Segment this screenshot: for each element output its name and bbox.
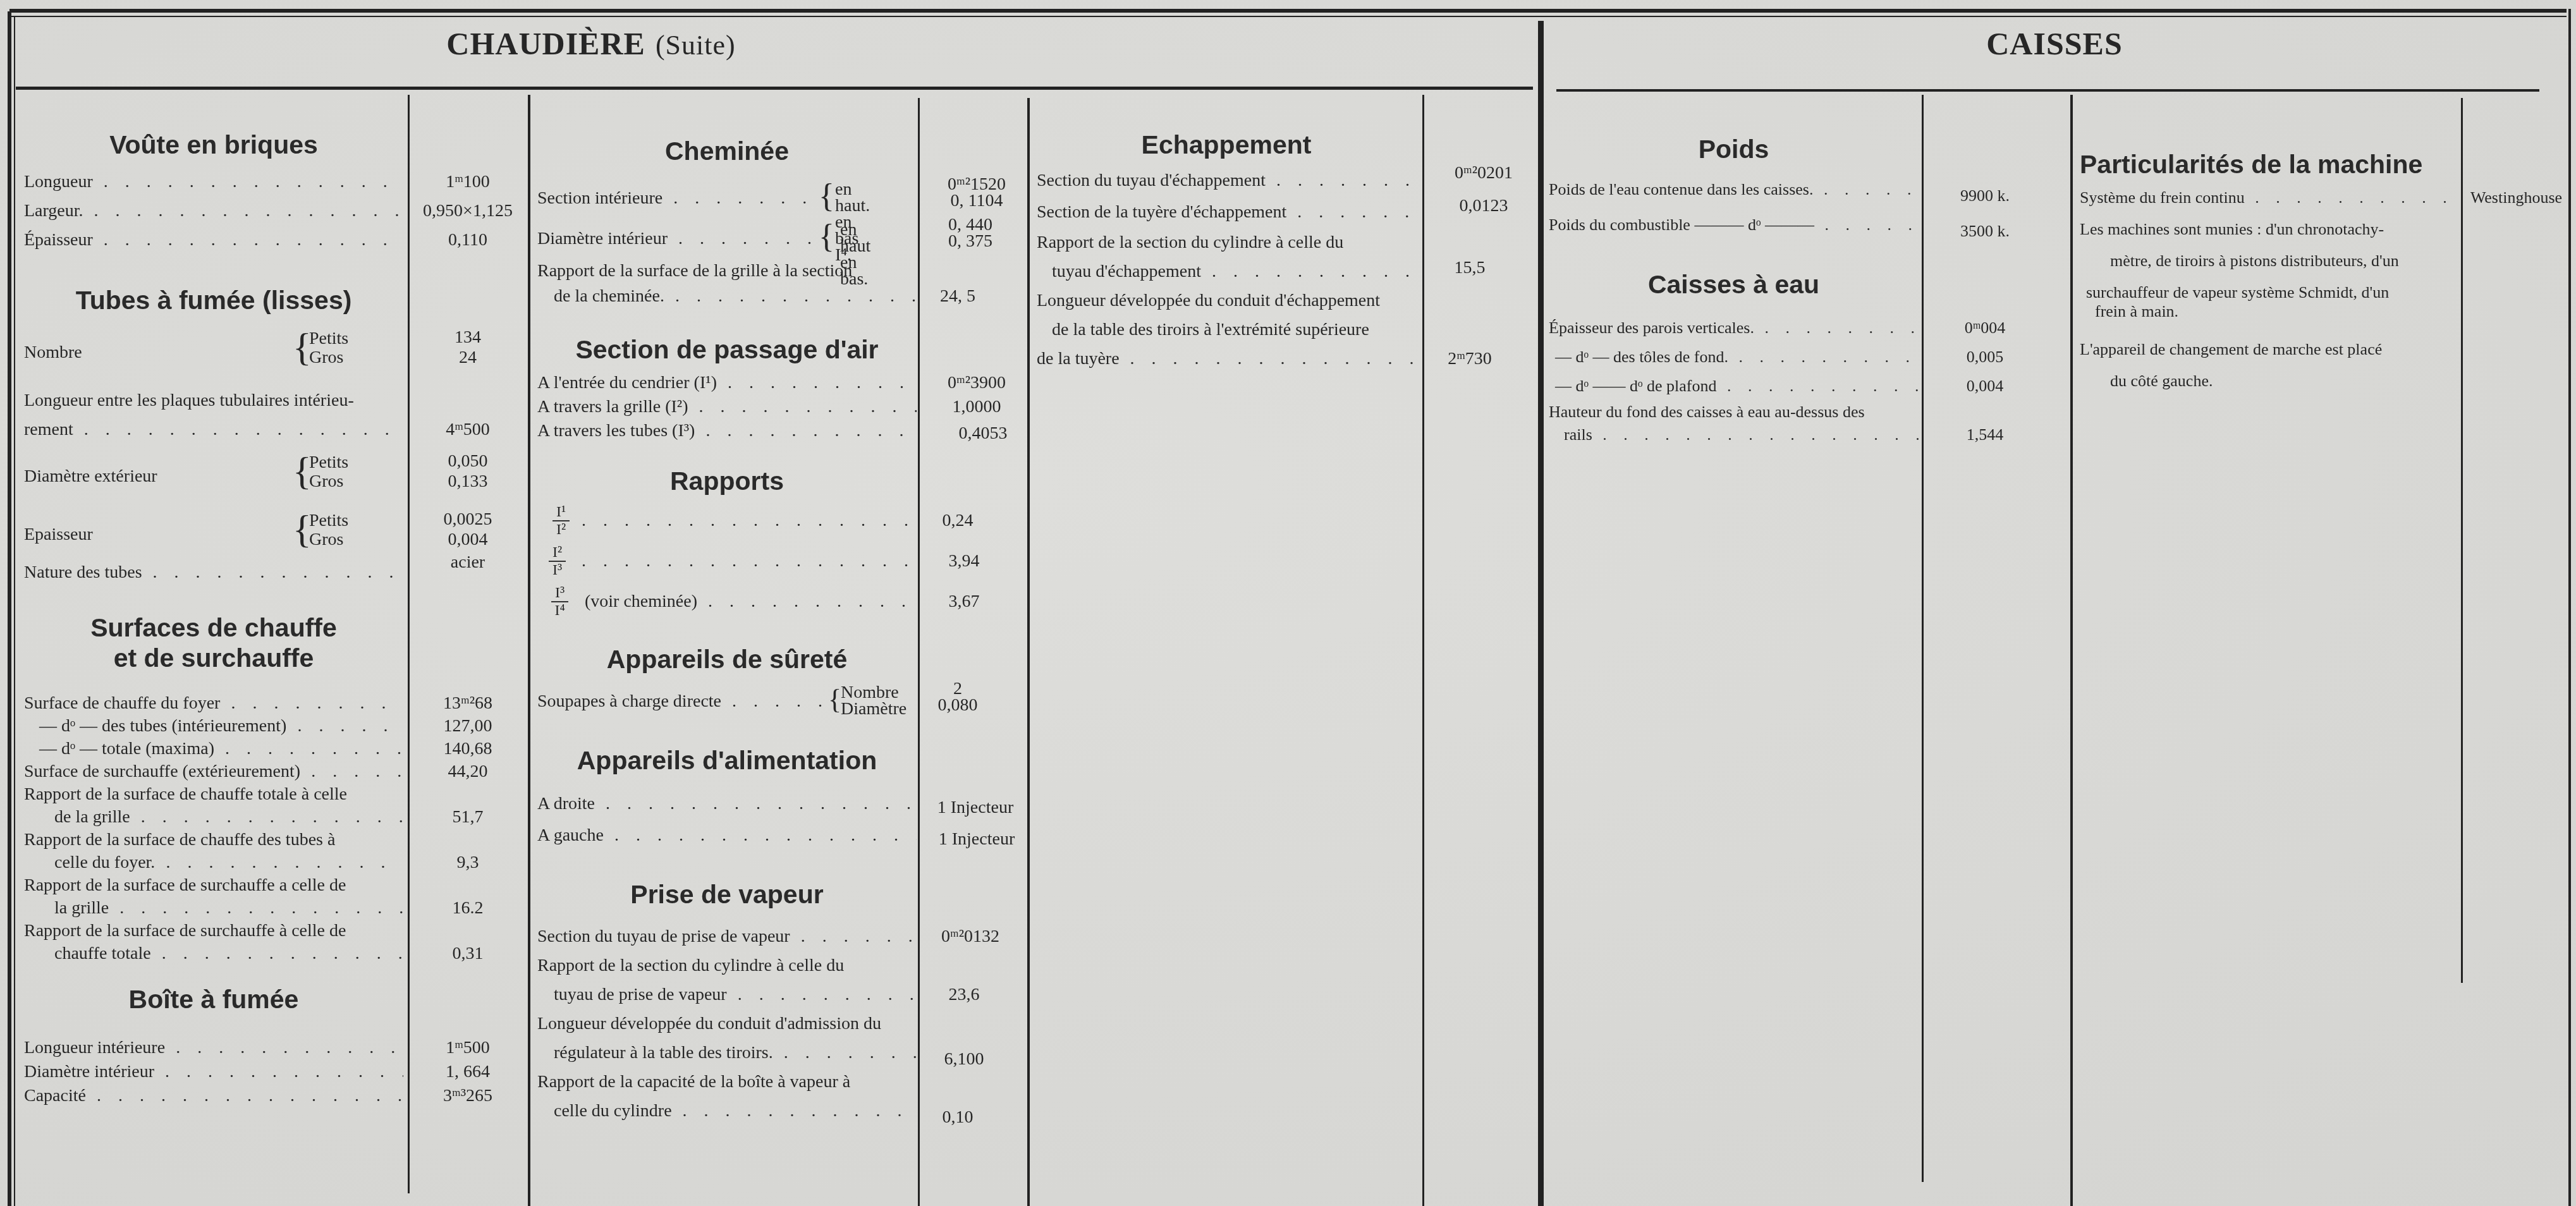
rapport-fraction-row: I³I⁴ (voir cheminée) 3,67 (537, 585, 917, 625)
col4-value-rule (1922, 95, 1924, 1182)
frein-row: Système du frein continuWestinghouse (2080, 182, 2459, 214)
passage-air-row: A l'entrée du cendrier (I¹)0ᵐ²3900 (537, 371, 917, 395)
poids-row: Poids de l'eau contenue dans les caisses… (1549, 172, 1919, 207)
col4-right-rule (2070, 95, 2073, 1206)
voute-row: Épaisseur0,110 (24, 226, 403, 255)
cheminee-rapport-row: Rapport de la surface de la grille à la … (537, 259, 917, 309)
col1-value-rule (408, 95, 410, 1193)
echappement-longueur-row: Longueur développée du conduit d'échappe… (1037, 286, 1416, 374)
col2-right-rule (1027, 98, 1030, 1206)
col1-right-rule (528, 95, 530, 1206)
column-cheminee-prise: Cheminée Section intérieure {en haut.en … (537, 107, 917, 1126)
alimentation-row: A gauche1 Injecteur (537, 820, 917, 851)
top-rule-thin (9, 16, 2567, 17)
surface-ratio-row: Rapport de la surface de chauffe totale … (24, 783, 403, 829)
prise-vapeur-row: Section du tuyau de prise de vapeur0ᵐ²01… (537, 922, 917, 951)
prise-vapeur-ratio-row: Rapport de la capacité de la boîte à vap… (537, 1068, 917, 1126)
fraction: I³I⁴ (551, 585, 568, 619)
caisses-header-rule (1556, 89, 2539, 92)
chaudiere-header-rule (16, 87, 1533, 90)
poids-section-title: Poids (1549, 134, 1919, 164)
column-echappement: Echappement Section du tuyau d'échappeme… (1037, 107, 1416, 374)
cheminee-diametre-row: Diamètre intérieur {en hauten bas. 0, 44… (537, 221, 917, 259)
fraction: I²I³ (549, 544, 566, 578)
caisses-eau-row: Épaisseur des parois verticales.0ᵐ004 (1549, 314, 1919, 343)
echappement-rapport-row: Rapport de la section du cylindre à cell… (1037, 228, 1416, 286)
boite-row: Capacité3ᵐ³265 (24, 1084, 403, 1108)
echappement-row: Section du tuyau d'échappement0ᵐ²0201 (1037, 165, 1416, 197)
echappement-row: Section de la tuyère d'échappement0,0123 (1037, 197, 1416, 228)
prise-vapeur-section-title: Prise de vapeur (537, 879, 917, 910)
surface-ratio-row: Rapport de la surface de chauffe des tub… (24, 829, 403, 874)
changement-paragraph: L'appareil de changement de marche est p… (2080, 334, 2459, 397)
voute-row: Largeur.0,950×1,125 (24, 197, 403, 226)
tubes-diametre-row: Diamètre extérieur {PetitsGros 0,050 0,1… (24, 452, 403, 502)
tubes-section-title: Tubes à fumée (lisses) (24, 285, 403, 315)
caisses-eau-row: — dᵒ —— dᵒ de plafond0,004 (1549, 372, 1919, 401)
caisses-eau-hauteur-row: Hauteur du fond des caisses à eau au-des… (1549, 401, 1919, 446)
left-border (8, 11, 11, 1206)
boite-row: Diamètre intérieur1, 664 (24, 1060, 403, 1084)
particularites-section-title: Particularités de la machine (2080, 149, 2459, 180)
surete-section-title: Appareils de sûreté (537, 644, 917, 674)
soupapes-row: Soupapes à charge directe {NombreDiamètr… (537, 683, 917, 721)
surface-row: — dᵒ — des tubes (intérieurement)127,00 (24, 715, 403, 738)
surface-ratio-row: Rapport de la surface de surchauffe à ce… (24, 920, 403, 965)
column-particularites: Particularités de la machine Système du … (2080, 107, 2459, 397)
voute-row: Longueur1ᵐ100 (24, 167, 403, 197)
col5-value-rule (2461, 98, 2463, 983)
top-rule-thick (9, 9, 2567, 13)
column-poids-caisses-eau: Poids Poids de l'eau contenue dans les c… (1549, 107, 1919, 446)
fraction: I¹I² (552, 504, 570, 538)
surface-ratio-row: Rapport de la surface de surchauffe a ce… (24, 874, 403, 920)
column-voute-tubes-surfaces: Voûte en briques Longueur1ᵐ100 Largeur.0… (24, 107, 403, 1108)
surface-row: Surface de surchauffe (extérieurement)44… (24, 760, 403, 783)
boite-section-title: Boîte à fumée (24, 984, 403, 1014)
caisses-eau-row: — dᵒ — des tôles de fond.0,005 (1549, 343, 1919, 372)
rapport-fraction-row: I²I³ 3,94 (537, 544, 917, 585)
surface-row: — dᵒ — totale (maxima)140,68 (24, 738, 403, 760)
cheminee-section-row: Section intérieure {en haut.en bas I⁴. 0… (537, 180, 917, 218)
surface-row: Surface de chauffe du foyer13ᵐ²68 (24, 692, 403, 715)
passage-air-row: A travers les tubes (I³)0,4053 (537, 419, 917, 443)
tubes-epaisseur-row: Epaisseur {PetitsGros 0,0025 0,004 (24, 510, 403, 561)
prise-vapeur-ratio-row: Longueur développée du conduit d'admissi… (537, 1009, 917, 1068)
echappement-section-title: Echappement (1037, 130, 1416, 160)
alimentation-row: A droite1 Injecteur (537, 788, 917, 820)
col2-value-rule (918, 98, 920, 1206)
alimentation-section-title: Appareils d'alimentation (537, 745, 917, 776)
munies-paragraph: Les machines sont munies : d'un chronota… (2080, 214, 2459, 321)
dot-leader (582, 547, 917, 576)
document-page: CHAUDIÈRE(Suite) CAISSES Voûte en brique… (0, 0, 2576, 1206)
prise-vapeur-ratio-row: Rapport de la section du cylindre à cell… (537, 951, 917, 1009)
section-divider (1538, 21, 1544, 1206)
passage-air-section-title: Section de passage d'air (537, 334, 917, 365)
voute-section-title: Voûte en briques (24, 130, 403, 160)
caisses-title: CAISSES (1546, 25, 2563, 70)
caisses-eau-section-title: Caisses à eau (1549, 269, 1919, 300)
cheminee-section-title: Cheminée (537, 136, 917, 166)
passage-air-row: A travers la grille (I²)1,0000 (537, 395, 917, 419)
rapports-section-title: Rapports (537, 466, 917, 496)
tubes-nombre-row: Nombre {PetitsGros 134 24 (24, 328, 403, 379)
tubes-longueur-row: Longueur entre les plaques tubulaires in… (24, 386, 403, 444)
dot-leader (582, 506, 917, 535)
chaudiere-title: CHAUDIÈRE(Suite) (16, 25, 1166, 70)
surfaces-section-title: Surfaces de chauffe et de surchauffe (24, 612, 403, 673)
left-border-inner (14, 16, 15, 1206)
right-border (2568, 9, 2571, 1206)
tubes-nature-row: Nature des tubes acier (24, 558, 403, 587)
rapport-fraction-row: I¹I² 0,24 (537, 504, 917, 544)
boite-row: Longueur intérieure1ᵐ500 (24, 1036, 403, 1060)
poids-row: Poids du combustible ——— dᵒ ———3500 k. (1549, 207, 1919, 243)
